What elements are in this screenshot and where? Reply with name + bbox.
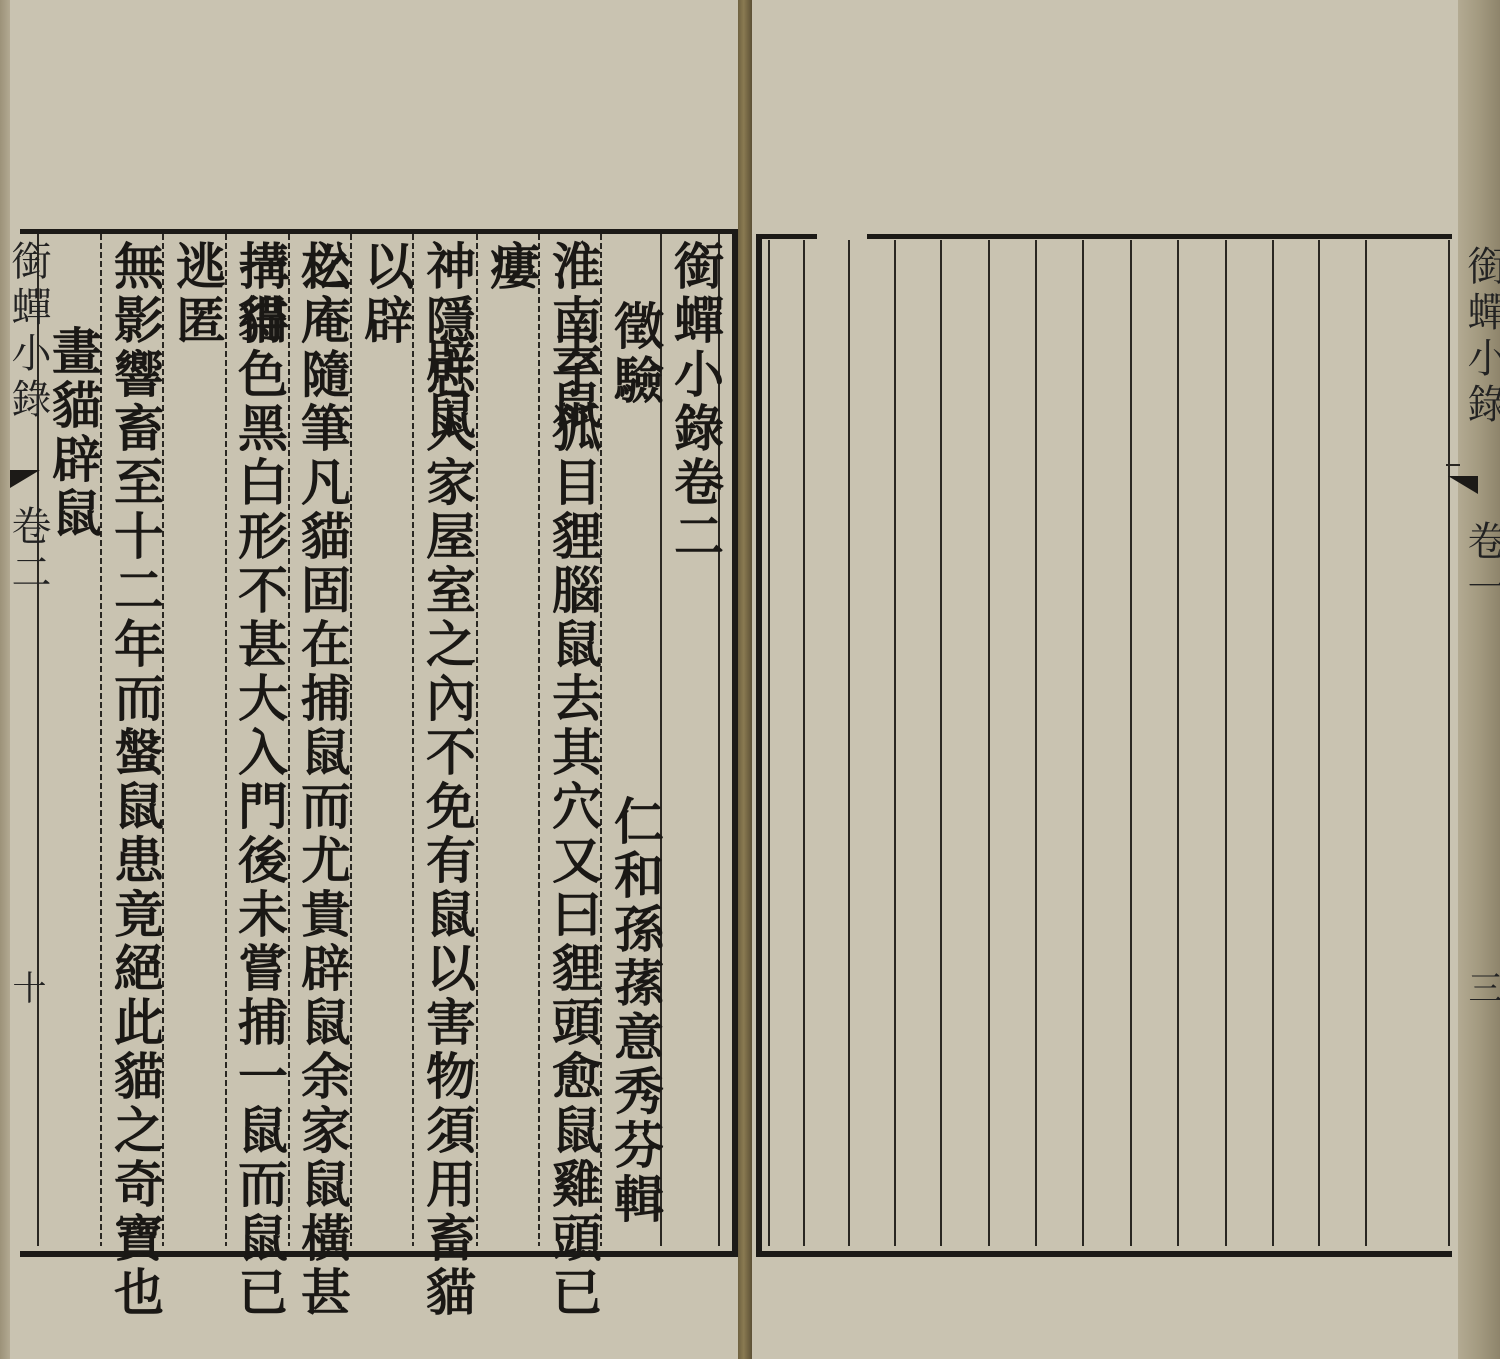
banxin-title: 銜蟬小錄 bbox=[1456, 245, 1500, 429]
author-line: 仁和孫蓀意秀芬輯 bbox=[604, 795, 666, 1227]
folio-number: 十 bbox=[2, 970, 51, 1004]
section-heading: 徵驗 bbox=[604, 300, 666, 408]
column-rule bbox=[1365, 240, 1367, 1246]
fish-tail-mark bbox=[10, 470, 40, 488]
column-rule bbox=[1225, 240, 1227, 1246]
column-rule bbox=[848, 240, 850, 1246]
column-rule bbox=[1272, 240, 1274, 1246]
subheading-huamao: 畫貓辟鼠 bbox=[42, 325, 104, 541]
column-rule bbox=[1318, 240, 1320, 1246]
chapter-title: 銜蟬小錄卷二 bbox=[664, 240, 726, 564]
text-column: 神隱志人家屋室之內不免有鼠以害物須用畜貓以辟 bbox=[354, 240, 478, 1359]
column-rule bbox=[768, 240, 770, 1246]
text-column: 淮南子狐目貍腦鼠去其穴又曰貍頭愈鼠雞頭已瘻 bbox=[480, 240, 604, 1359]
column-rule bbox=[894, 240, 896, 1246]
column-rule bbox=[940, 240, 942, 1246]
column-rule bbox=[1130, 240, 1132, 1246]
column-rule bbox=[1035, 240, 1037, 1246]
column-rule bbox=[803, 240, 805, 1246]
column-rule bbox=[1082, 240, 1084, 1246]
folio-number: 三 bbox=[1458, 970, 1500, 1004]
banxin-volume: 卷一 bbox=[1456, 520, 1500, 612]
fish-tail-mark bbox=[1448, 476, 1478, 494]
right-page-frame bbox=[756, 234, 1452, 1257]
column-rule bbox=[1177, 240, 1179, 1246]
column-rule bbox=[988, 240, 990, 1246]
banxin-divider bbox=[1446, 464, 1460, 466]
banxin-rule bbox=[1448, 240, 1450, 1246]
right-book-edge bbox=[1458, 0, 1500, 1359]
text-column: 無影響畜至十二年而螌鼠患竟絕此貓之奇寶也 bbox=[104, 240, 166, 1320]
text-column: 一貓色黑白形不甚大入門後未嘗捕一鼠而鼠已逃匿 bbox=[166, 240, 290, 1359]
book-gutter bbox=[738, 0, 752, 1359]
